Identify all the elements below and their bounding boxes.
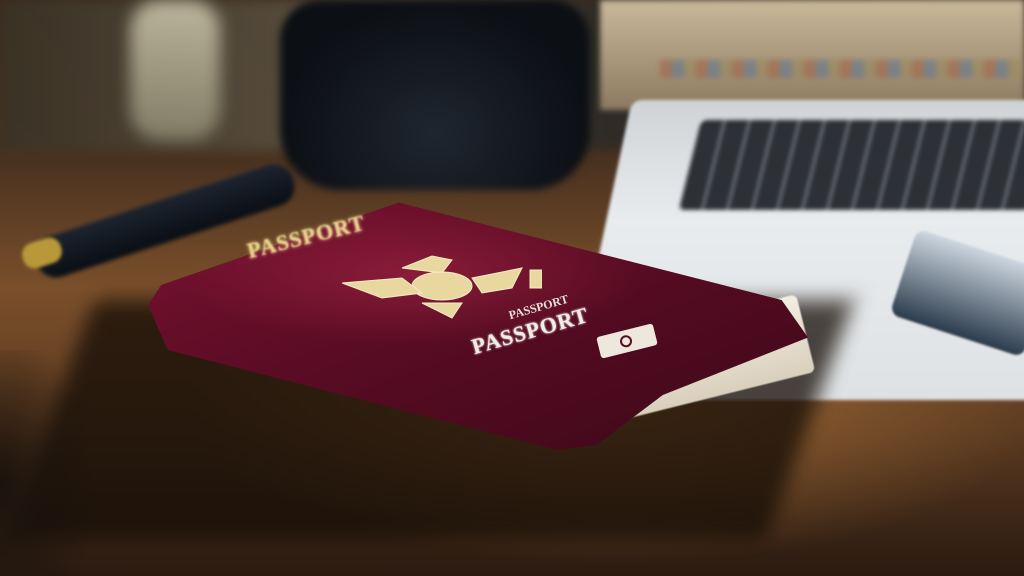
laptop-keyboard xyxy=(679,120,1024,210)
monitor-taskbar xyxy=(660,60,1020,78)
lamp xyxy=(130,0,220,140)
photo-scene: PASSPORT PASSPORT PASSPORT xyxy=(0,0,1024,576)
monitor-screen xyxy=(600,0,1024,110)
foreground-shadow xyxy=(0,350,90,576)
monitor-stand xyxy=(280,0,590,190)
